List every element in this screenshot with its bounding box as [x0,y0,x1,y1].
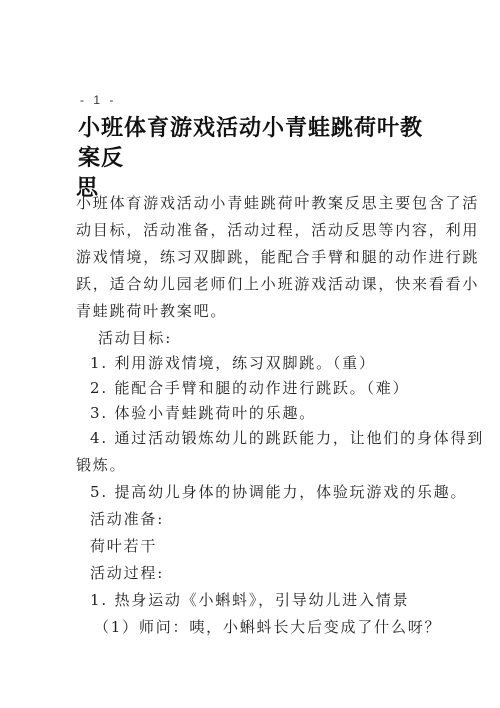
intro-line: 动目标，活动准备，活动过程，活动反思等内容，利用 [76,219,421,246]
objective-item: 1. 利用游戏情境，练习双脚跳。（重） [76,352,421,377]
page-number: - 1 - [80,93,116,107]
document-page: - 1 - 小班体育游戏活动小青蛙跳荷叶教案反 思 小班体育游戏活动小青蛙跳荷叶… [0,0,500,708]
process-step: 1. 热身运动《小蝌蚪》，引导幼儿进入情景 [76,589,421,616]
objective-item: 5. 提高幼儿身体的协调能力，体验玩游戏的乐趣。 [76,481,421,508]
process-heading: 活动过程: [76,562,421,589]
title-line-1: 小班体育游戏活动小青蛙跳荷叶教案反 [78,116,423,171]
objective-item: 2. 能配合手臂和腿的动作进行跳跃。（难） [76,377,421,402]
document-body: 小班体育游戏活动小青蛙跳荷叶教案反思主要包含了活 动目标，活动准备，活动过程，活… [76,192,421,643]
intro-line: 游戏情境，练习双脚跳，能配合手臂和腿的动作进行跳 [76,246,421,273]
objectives-heading: 活动目标: [76,327,421,352]
objective-item: 3. 体验小青蛙跳荷叶的乐趣。 [76,402,421,427]
intro-line: 青蛙跳荷叶教案吧。 [76,300,421,327]
process-substep: （1）师问：咦，小蝌蚪长大后变成了什么呀？ [76,616,421,643]
preparation-heading: 活动准备: [76,508,421,535]
intro-line: 跃，适合幼儿园老师们上小班游戏活动课，快来看看小 [76,273,421,300]
preparation-content: 荷叶若干 [76,535,421,562]
objective-item: 4. 通过活动锻炼幼儿的跳跃能力，让他们的身体得到 [76,427,421,454]
intro-line: 小班体育游戏活动小青蛙跳荷叶教案反思主要包含了活 [76,192,421,219]
objective-item-continuation: 锻炼。 [76,454,421,481]
document-title: 小班体育游戏活动小青蛙跳荷叶教案反 思 [78,114,428,204]
